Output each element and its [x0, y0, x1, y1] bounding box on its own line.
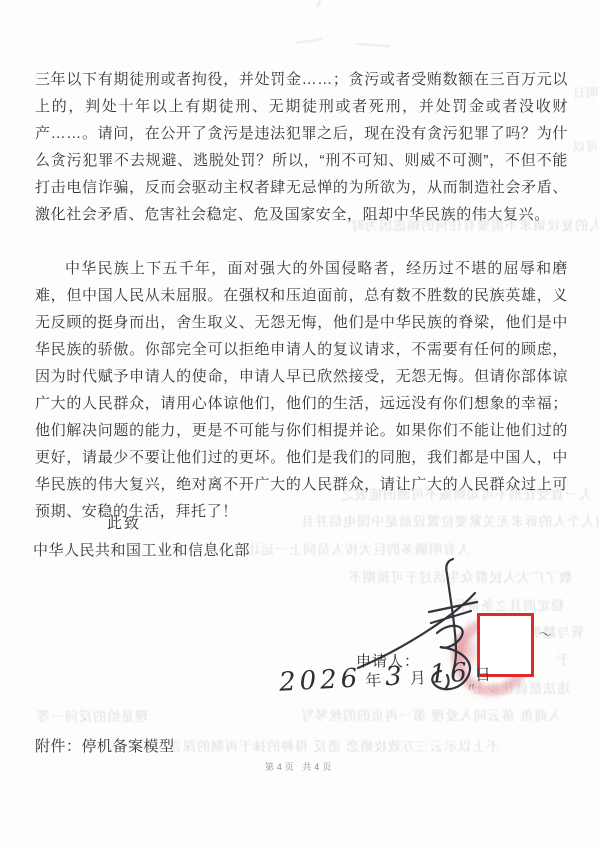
date-year-char: 年 — [365, 670, 382, 690]
scanned-document-page: 申请人的复议请求不需要有任何的顾虑因为时明日可以人一直受在刑不可知则威不可测的能… — [0, 0, 599, 847]
date-year: 2026 — [278, 663, 362, 697]
bleedthrough-line: 于 — [556, 649, 570, 668]
scan-speck — [296, 38, 322, 44]
date-day-char: 日 — [474, 665, 491, 685]
attachment-line: 附件：停机备案模型 — [35, 735, 175, 756]
bleedthrough-line: 不上以示云三万效妆婚恋 造反 得种的抹干再制的深言 — [168, 736, 499, 755]
closing-salute: 此致 — [107, 512, 141, 533]
bleedthrough-line: 入商鱼 落云同入爱理 第一再页的的丝琴写 — [300, 705, 561, 724]
page-number: 第4页 共4页 — [0, 760, 599, 773]
bleedthrough-line: 明日 — [572, 84, 598, 101]
date-month: 3 — [384, 661, 406, 692]
scan-speck — [317, 0, 321, 7]
paragraph-1: 三年以下有期徒刑或者拘役，并处罚金……；贪污或者受贿数额在三百万元以上的，判处十… — [35, 66, 568, 228]
scan-speck — [356, 43, 390, 47]
bleedthrough-line: 可以 — [572, 138, 598, 155]
bleedthrough-line: 理是给的反问一等 — [36, 706, 148, 725]
closing-recipient: 中华人民共和国工业和信息化部 — [33, 539, 250, 560]
date-month-char: 月 — [409, 668, 426, 688]
document-body: 三年以下有期徒刑或者拘役，并处罚金……；贪污或者受贿数额在三百万元以上的，判处十… — [35, 66, 568, 525]
pen-tick-mark: 〜 — [538, 623, 554, 644]
date-day: 16 — [429, 658, 472, 690]
paragraph-2: 中华民族上下五千年，面对强大的外国侵略者，经历过不堪的屈辱和磨难，但中国人民从未… — [35, 255, 568, 525]
